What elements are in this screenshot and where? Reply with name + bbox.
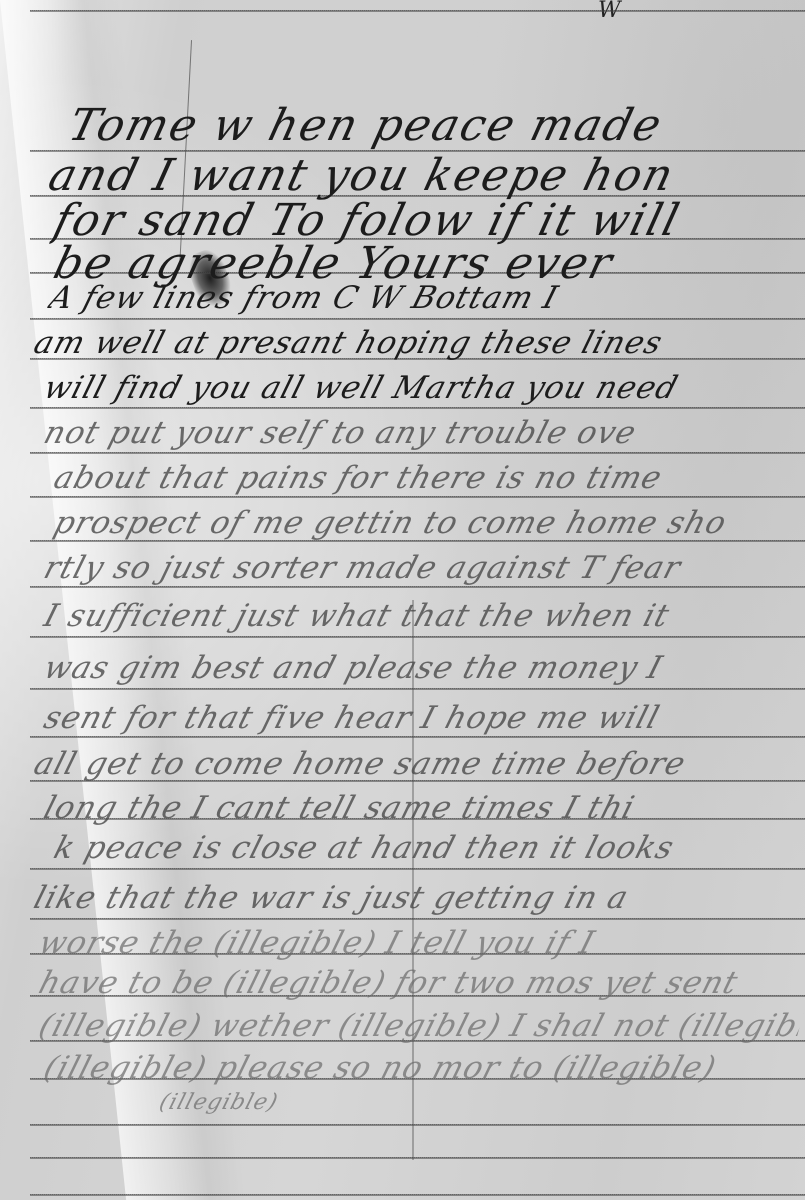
rule-line	[30, 688, 805, 690]
letter-line-17: k peace is close at hand then it looks	[50, 830, 805, 866]
rule-line	[30, 586, 805, 588]
letter-line-21: (illegible) wether (illegible) I shal no…	[35, 1008, 805, 1044]
letter-line-23: (illegible)	[156, 1090, 805, 1115]
letter-line-20: have to be (illegible) for two mos yet s…	[35, 965, 805, 1001]
rule-line	[30, 736, 805, 738]
letter-line-2: and I want you keepe hon	[44, 150, 805, 201]
rule-line	[30, 318, 805, 320]
letter-line-6: am well at presant hoping these lines	[30, 325, 800, 361]
letter-line-11: rtly so just sorter made against T fear	[40, 550, 805, 586]
rule-line	[30, 496, 805, 498]
letter-line-8: not put your self to any trouble ove	[40, 415, 805, 451]
letter-line-18: like that the war is just getting in a	[30, 880, 800, 916]
letter-line-19: worse the (illegible) I tell you if I	[35, 925, 805, 961]
letter-line-13: was gim best and please the money I	[40, 650, 805, 686]
rule-line	[30, 1194, 805, 1196]
letter-line-1: Tome w hen peace made	[64, 100, 805, 151]
letter-line-5: A few lines from C W Bottam I	[45, 280, 805, 316]
letter-line-9: about that pains for there is no time	[50, 460, 805, 496]
rule-line	[30, 10, 805, 12]
letter-line-22: (illegible) please so no mor to (illegib…	[40, 1050, 805, 1086]
letter-line-15: all get to come home same time before	[30, 746, 800, 782]
rule-line	[30, 1124, 805, 1126]
rule-line	[30, 918, 805, 920]
rule-line	[30, 868, 805, 870]
letter-line-10: prospect of me gettin to come home sho	[50, 505, 805, 541]
rule-line	[30, 452, 805, 454]
rule-line	[30, 636, 805, 638]
letter-line-7: will find you all well Martha you need	[40, 370, 805, 406]
letter-page: W Tome w hen peace made and I want you k…	[0, 0, 805, 1200]
rule-line	[30, 407, 805, 409]
letter-line-12: I sufficient just what that the when it	[40, 598, 805, 634]
letter-line-14: sent for that five hear I hope me will	[40, 700, 805, 736]
letter-line-16: long the I cant tell same times I thi	[40, 790, 805, 826]
rule-line	[30, 1157, 805, 1159]
